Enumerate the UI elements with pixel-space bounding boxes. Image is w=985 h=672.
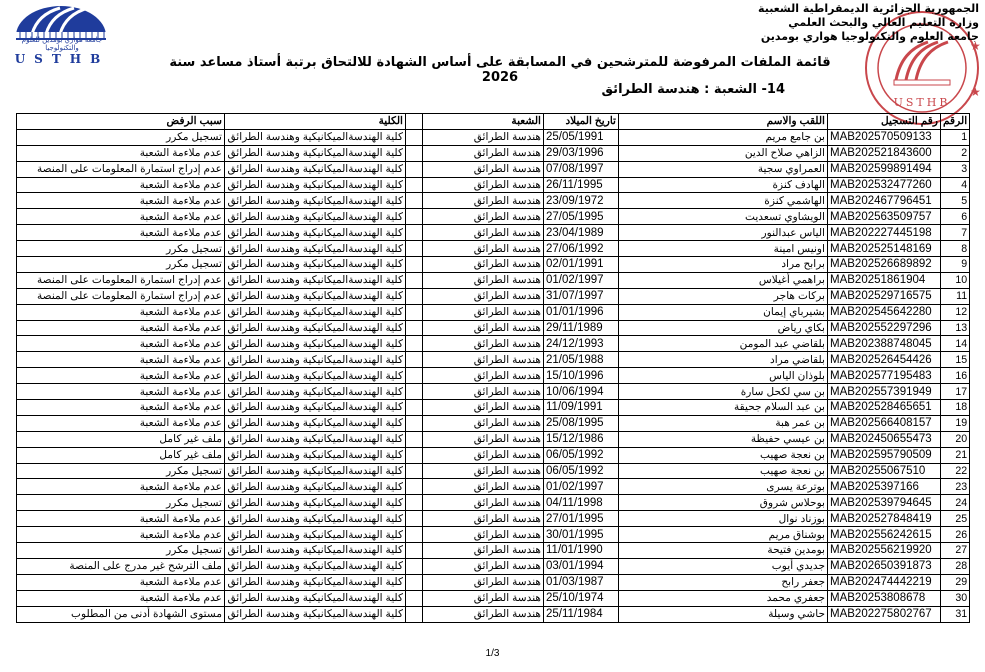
cell-branch: هندسة الطرائق [423,272,544,288]
cell-num: 12 [941,304,970,320]
cell-branch: هندسة الطرائق [423,511,544,527]
cell-faculty: كلية الهندسةالميكانيكية وهندسة الطرائق [225,336,406,352]
cell-reg: MAB202577195483 [828,368,941,384]
cell-blank [406,336,423,352]
cell-reason: عدم ملاءمة الشعبة [17,384,225,400]
cell-faculty: كلية الهندسةالميكانيكية وهندسة الطرائق [225,177,406,193]
cell-name: الياس عبدالنور [619,225,828,241]
cell-faculty: كلية الهندسةالميكانيكية وهندسة الطرائق [225,447,406,463]
cell-name: الهادف كنزة [619,177,828,193]
cell-num: 21 [941,447,970,463]
table-row: 4MAB202532477260الهادف كنزة26/11/1995هند… [17,177,970,193]
cell-name: بلقاضي مراد [619,352,828,368]
cell-branch: هندسة الطرائق [423,304,544,320]
cell-blank [406,590,423,606]
cell-faculty: كلية الهندسةالميكانيكية وهندسة الطرائق [225,400,406,416]
cell-blank [406,225,423,241]
table-row: 5MAB202467796451الهاشمي كنزة23/09/1972هن… [17,193,970,209]
cell-reg: MAB202474442219 [828,574,941,590]
cell-num: 3 [941,161,970,177]
cell-name: بوترعة يسرى [619,479,828,495]
cell-blank [406,241,423,257]
cell-num: 27 [941,543,970,559]
cell-date: 04/11/1998 [544,495,619,511]
cell-date: 25/08/1995 [544,415,619,431]
cell-reg: MAB202528465651 [828,400,941,416]
table-row: 10MAB20251861904براهمي أغيلاس01/02/1997ه… [17,272,970,288]
cell-reason: عدم ملاءمة الشعبة [17,368,225,384]
cell-num: 19 [941,415,970,431]
table-row: 14MAB202388748045بلقاضي عبد المومن24/12/… [17,336,970,352]
table-row: 31MAB202275802767حاشي وسيلة25/11/1984هند… [17,606,970,622]
cell-name: بن عبد السلام جحيقة [619,400,828,416]
cell-date: 26/11/1995 [544,177,619,193]
cell-blank [406,463,423,479]
header-line-ministry: وزارة التعليم العالي والبحث العلمي [758,16,979,30]
table-row: 13MAB202552297296بكاي رياض29/11/1989هندس… [17,320,970,336]
cell-branch: هندسة الطرائق [423,400,544,416]
cell-branch: هندسة الطرائق [423,320,544,336]
cell-reg: MAB202525148169 [828,241,941,257]
cell-faculty: كلية الهندسةالميكانيكية وهندسة الطرائق [225,574,406,590]
cell-name: برابح مراد [619,257,828,273]
table-row: 18MAB202528465651بن عبد السلام جحيقة11/0… [17,400,970,416]
cell-faculty: كلية الهندسةالميكانيكية وهندسة الطرائق [225,257,406,273]
cell-branch: هندسة الطرائق [423,606,544,622]
cell-faculty: كلية الهندسةالميكانيكية وهندسة الطرائق [225,590,406,606]
cell-faculty: كلية الهندسةالميكانيكية وهندسة الطرائق [225,384,406,400]
table-row: 26MAB202556242615بوشناق مريم30/01/1995هن… [17,527,970,543]
cell-date: 10/06/1994 [544,384,619,400]
col-header-blank [406,114,423,130]
cell-blank [406,415,423,431]
cell-branch: هندسة الطرائق [423,352,544,368]
cell-branch: هندسة الطرائق [423,257,544,273]
cell-name: بن نعجة صهيب [619,463,828,479]
cell-reg: MAB202227445198 [828,225,941,241]
cell-branch: هندسة الطرائق [423,368,544,384]
cell-blank [406,447,423,463]
cell-reg: MAB202526454426 [828,352,941,368]
cell-date: 23/04/1989 [544,225,619,241]
cell-name: بلوذان الياس [619,368,828,384]
table-row: 17MAB202557391949بن سي لكحل سارة10/06/19… [17,384,970,400]
cell-faculty: كلية الهندسةالميكانيكية وهندسة الطرائق [225,288,406,304]
cell-branch: هندسة الطرائق [423,574,544,590]
cell-blank [406,400,423,416]
cell-name: جعفري محمد [619,590,828,606]
cell-reason: عدم ملاءمة الشعبة [17,209,225,225]
header-line-republic: الجمهورية الجزائرية الديمقراطية الشعبية [758,2,979,16]
cell-name: بن سي لكحل سارة [619,384,828,400]
cell-blank [406,384,423,400]
cell-blank [406,606,423,622]
cell-reg: MAB202650391873 [828,558,941,574]
table-row: 12MAB202545642280بشيرباي إيمان01/01/1996… [17,304,970,320]
cell-blank [406,558,423,574]
cell-num: 7 [941,225,970,241]
cell-num: 18 [941,400,970,416]
cell-reason: ملف الترشح غير مدرج على المنصة [17,558,225,574]
ministry-header: الجمهورية الجزائرية الديمقراطية الشعبية … [758,2,979,44]
table-row: 28MAB202650391873جديدي أيوب03/01/1994هند… [17,558,970,574]
cell-branch: هندسة الطرائق [423,495,544,511]
cell-name: بشيرباي إيمان [619,304,828,320]
cell-num: 16 [941,368,970,384]
cell-num: 22 [941,463,970,479]
cell-reason: تسجيل مكرر [17,241,225,257]
cell-name: الزاهي صلاح الدين [619,145,828,161]
cell-num: 1 [941,129,970,145]
cell-reason: عدم إدراج استمارة المعلومات على المنصة [17,272,225,288]
cell-faculty: كلية الهندسةالميكانيكية وهندسة الطرائق [225,225,406,241]
cell-date: 24/12/1993 [544,336,619,352]
cell-num: 5 [941,193,970,209]
cell-blank [406,288,423,304]
cell-num: 24 [941,495,970,511]
cell-branch: هندسة الطرائق [423,415,544,431]
cell-date: 01/03/1987 [544,574,619,590]
cell-date: 27/06/1992 [544,241,619,257]
cell-reg: MAB202545642280 [828,304,941,320]
col-header-reg: رقم التسجيل [828,114,941,130]
cell-reg: MAB202563509757 [828,209,941,225]
cell-name: الهاشمي كنزة [619,193,828,209]
cell-date: 23/09/1972 [544,193,619,209]
cell-faculty: كلية الهندسةالميكانيكية وهندسة الطرائق [225,320,406,336]
col-header-branch: الشعبة [423,114,544,130]
cell-blank [406,161,423,177]
cell-name: بومدين فتيحة [619,543,828,559]
cell-faculty: كلية الهندسةالميكانيكية وهندسة الطرائق [225,304,406,320]
cell-date: 07/08/1997 [544,161,619,177]
cell-date: 01/01/1996 [544,304,619,320]
cell-num: 28 [941,558,970,574]
cell-blank [406,177,423,193]
cell-faculty: كلية الهندسةالميكانيكية وهندسة الطرائق [225,511,406,527]
cell-reg: MAB202532477260 [828,177,941,193]
cell-name: بن عمر هبة [619,415,828,431]
cell-name: بوشناق مريم [619,527,828,543]
cell-branch: هندسة الطرائق [423,177,544,193]
table-row: 24MAB202539794645بوحلاس شروق04/11/1998هن… [17,495,970,511]
cell-num: 17 [941,384,970,400]
cell-blank [406,272,423,288]
cell-num: 10 [941,272,970,288]
cell-branch: هندسة الطرائق [423,463,544,479]
cell-reason: عدم إدراج استمارة المعلومات على المنصة [17,161,225,177]
cell-reason: عدم ملاءمة الشعبة [17,145,225,161]
table-row: 1MAB202570509133بن جامع مريم25/05/1991هن… [17,129,970,145]
cell-blank [406,495,423,511]
cell-reg: MAB202450655473 [828,431,941,447]
cell-num: 26 [941,527,970,543]
cell-faculty: كلية الهندسةالميكانيكية وهندسة الطرائق [225,543,406,559]
cell-branch: هندسة الطرائق [423,479,544,495]
cell-reason: عدم ملاءمة الشعبة [17,304,225,320]
header-line-university: جامعة العلوم والتكنولوجيا هواري بومدين [758,30,979,44]
cell-blank [406,129,423,145]
cell-name: جديدي أيوب [619,558,828,574]
cell-blank [406,257,423,273]
cell-blank [406,431,423,447]
cell-reg: MAB202467796451 [828,193,941,209]
cell-branch: هندسة الطرائق [423,543,544,559]
cell-reg: MAB202556242615 [828,527,941,543]
table-row: 23MAB2025397166بوترعة يسرى01/02/1997هندس… [17,479,970,495]
table-row: 20MAB202450655473بن عيسي حفيظة15/12/1986… [17,431,970,447]
cell-branch: هندسة الطرائق [423,590,544,606]
cell-blank [406,304,423,320]
table-header-row: الرقم رقم التسجيل اللقب والاسم تاريخ الم… [17,114,970,130]
cell-faculty: كلية الهندسةالميكانيكية وهندسة الطرائق [225,352,406,368]
cell-reason: عدم ملاءمة الشعبة [17,574,225,590]
cell-reason: تسجيل مكرر [17,463,225,479]
cell-branch: هندسة الطرائق [423,384,544,400]
page-number: 1/3 [0,648,985,659]
cell-reason: عدم ملاءمة الشعبة [17,177,225,193]
cell-date: 15/10/1996 [544,368,619,384]
cell-date: 01/02/1997 [544,272,619,288]
cell-faculty: كلية الهندسةالميكانيكية وهندسة الطرائق [225,193,406,209]
cell-name: الويشاوي تسعديت [619,209,828,225]
cell-branch: هندسة الطرائق [423,241,544,257]
col-header-name: اللقب والاسم [619,114,828,130]
cell-blank [406,527,423,543]
table-row: 19MAB202566408157بن عمر هبة25/08/1995هند… [17,415,970,431]
cell-date: 06/05/1992 [544,463,619,479]
cell-name: بن نعجة صهيب [619,447,828,463]
cell-date: 29/11/1989 [544,320,619,336]
col-header-num: الرقم [941,114,970,130]
cell-date: 06/05/1992 [544,447,619,463]
university-logo: جامعة هواري بومدين للعلوم والتكنولوجيا U… [2,2,120,66]
cell-date: 29/03/1996 [544,145,619,161]
table-row: 21MAB202595790509بن نعجة صهيب06/05/1992ه… [17,447,970,463]
cell-date: 25/10/1974 [544,590,619,606]
cell-date: 31/07/1997 [544,288,619,304]
cell-reg: MAB202599891494 [828,161,941,177]
cell-reg: MAB202570509133 [828,129,941,145]
cell-branch: هندسة الطرائق [423,288,544,304]
table-row: 29MAB202474442219جعفر رابح01/03/1987هندس… [17,574,970,590]
cell-date: 27/05/1995 [544,209,619,225]
cell-reason: عدم ملاءمة الشعبة [17,352,225,368]
cell-reg: MAB20255067510 [828,463,941,479]
cell-reason: عدم ملاءمة الشعبة [17,193,225,209]
table-row: 8MAB202525148169اونيس امينة27/06/1992هند… [17,241,970,257]
cell-faculty: كلية الهندسةالميكانيكية وهندسة الطرائق [225,606,406,622]
cell-reg: MAB202275802767 [828,606,941,622]
cell-faculty: كلية الهندسةالميكانيكية وهندسة الطرائق [225,145,406,161]
cell-reg: MAB202566408157 [828,415,941,431]
cell-num: 15 [941,352,970,368]
cell-reason: عدم ملاءمة الشعبة [17,511,225,527]
table-row: 16MAB202577195483بلوذان الياس15/10/1996ه… [17,368,970,384]
rejected-files-table: الرقم رقم التسجيل اللقب والاسم تاريخ الم… [16,113,970,623]
cell-faculty: كلية الهندسةالميكانيكية وهندسة الطرائق [225,415,406,431]
cell-faculty: كلية الهندسةالميكانيكية وهندسة الطرائق [225,431,406,447]
cell-branch: هندسة الطرائق [423,209,544,225]
cell-name: بكاي رياض [619,320,828,336]
cell-reason: عدم ملاءمة الشعبة [17,225,225,241]
table-row: 25MAB202527848419بوزناد نوال27/01/1995هن… [17,511,970,527]
cell-reg: MAB202595790509 [828,447,941,463]
cell-date: 27/01/1995 [544,511,619,527]
cell-name: بركات هاجر [619,288,828,304]
cell-blank [406,368,423,384]
cell-num: 20 [941,431,970,447]
table-row: 30MAB20253808678جعفري محمد25/10/1974هندس… [17,590,970,606]
page-title: قائمة الملفات المرفوضة للمترشحين في المس… [150,55,850,85]
table-row: 3MAB202599891494العمراوي سجية07/08/1997ه… [17,161,970,177]
cell-num: 2 [941,145,970,161]
cell-reason: تسجيل مكرر [17,543,225,559]
cell-date: 21/05/1988 [544,352,619,368]
cell-name: اونيس امينة [619,241,828,257]
cell-branch: هندسة الطرائق [423,527,544,543]
cell-faculty: كلية الهندسةالميكانيكية وهندسة الطرائق [225,527,406,543]
cell-num: 29 [941,574,970,590]
branch-subtitle: 14- الشعبة : هندسة الطرائق [601,82,785,97]
cell-date: 15/12/1986 [544,431,619,447]
cell-reason: عدم ملاءمة الشعبة [17,479,225,495]
cell-reg: MAB202552297296 [828,320,941,336]
cell-branch: هندسة الطرائق [423,145,544,161]
cell-name: حاشي وسيلة [619,606,828,622]
cell-date: 02/01/1991 [544,257,619,273]
cell-reason: ملف غير كامل [17,431,225,447]
cell-blank [406,145,423,161]
cell-faculty: كلية الهندسةالميكانيكية وهندسة الطرائق [225,463,406,479]
cell-name: بن جامع مريم [619,129,828,145]
cell-num: 25 [941,511,970,527]
cell-num: 6 [941,209,970,225]
cell-date: 11/09/1991 [544,400,619,416]
col-header-date: تاريخ الميلاد [544,114,619,130]
cell-blank [406,543,423,559]
cell-num: 4 [941,177,970,193]
table-row: 7MAB202227445198الياس عبدالنور23/04/1989… [17,225,970,241]
cell-date: 30/01/1995 [544,527,619,543]
cell-reason: تسجيل مكرر [17,495,225,511]
cell-reg: MAB202527848419 [828,511,941,527]
cell-reason: عدم ملاءمة الشعبة [17,527,225,543]
cell-name: العمراوي سجية [619,161,828,177]
cell-reg: MAB202388748045 [828,336,941,352]
cell-faculty: كلية الهندسةالميكانيكية وهندسة الطرائق [225,209,406,225]
cell-faculty: كلية الهندسةالميكانيكية وهندسة الطرائق [225,129,406,145]
cell-date: 25/05/1991 [544,129,619,145]
table-row: 11MAB202529716575بركات هاجر31/07/1997هند… [17,288,970,304]
cell-num: 9 [941,257,970,273]
cell-date: 11/01/1990 [544,543,619,559]
cell-reason: مستوى الشهادة أدنى من المطلوب [17,606,225,622]
table-row: 2MAB202521843600الزاهي صلاح الدين29/03/1… [17,145,970,161]
table-row: 27MAB202556219920بومدين فتيحة11/01/1990ه… [17,543,970,559]
svg-text:USTHB: USTHB [894,96,951,109]
cell-branch: هندسة الطرائق [423,558,544,574]
table-row: 15MAB202526454426بلقاضي مراد21/05/1988هن… [17,352,970,368]
cell-num: 30 [941,590,970,606]
col-header-reason: سبب الرفض [17,114,225,130]
table-row: 22MAB20255067510بن نعجة صهيب06/05/1992هن… [17,463,970,479]
cell-reason: تسجيل مكرر [17,257,225,273]
cell-branch: هندسة الطرائق [423,336,544,352]
col-header-faculty: الكلية [225,114,406,130]
cell-branch: هندسة الطرائق [423,225,544,241]
cell-faculty: كلية الهندسةالميكانيكية وهندسة الطرائق [225,479,406,495]
cell-date: 01/02/1997 [544,479,619,495]
cell-branch: هندسة الطرائق [423,129,544,145]
cell-num: 23 [941,479,970,495]
cell-branch: هندسة الطرائق [423,431,544,447]
cell-name: بن عيسي حفيظة [619,431,828,447]
cell-blank [406,193,423,209]
cell-reason: عدم ملاءمة الشعبة [17,336,225,352]
cell-faculty: كلية الهندسةالميكانيكية وهندسة الطرائق [225,558,406,574]
svg-text:★: ★ [970,85,980,99]
cell-faculty: كلية الهندسةالميكانيكية وهندسة الطرائق [225,241,406,257]
cell-branch: هندسة الطرائق [423,193,544,209]
cell-reason: ملف غير كامل [17,447,225,463]
cell-reg: MAB202556219920 [828,543,941,559]
cell-branch: هندسة الطرائق [423,447,544,463]
cell-num: 14 [941,336,970,352]
cell-num: 8 [941,241,970,257]
cell-reason: عدم إدراج استمارة المعلومات على المنصة [17,288,225,304]
cell-blank [406,511,423,527]
cell-reg: MAB202521843600 [828,145,941,161]
cell-reg: MAB202557391949 [828,384,941,400]
cell-reason: عدم ملاءمة الشعبة [17,415,225,431]
cell-faculty: كلية الهندسةالميكانيكية وهندسة الطرائق [225,272,406,288]
cell-num: 31 [941,606,970,622]
cell-name: بلقاضي عبد المومن [619,336,828,352]
cell-faculty: كلية الهندسةالميكانيكية وهندسة الطرائق [225,161,406,177]
cell-name: بوحلاس شروق [619,495,828,511]
cell-blank [406,320,423,336]
cell-num: 11 [941,288,970,304]
cell-reason: عدم ملاءمة الشعبة [17,590,225,606]
cell-reg: MAB20253808678 [828,590,941,606]
cell-reg: MAB202539794645 [828,495,941,511]
logo-abbreviation: USTHB [6,52,118,66]
logo-arabic-text: جامعة هواري بومدين للعلوم والتكنولوجيا [6,36,118,52]
cell-faculty: كلية الهندسةالميكانيكية وهندسة الطرائق [225,368,406,384]
cell-blank [406,209,423,225]
cell-name: براهمي أغيلاس [619,272,828,288]
cell-reg: MAB2025397166 [828,479,941,495]
cell-reg: MAB202526689892 [828,257,941,273]
cell-reason: عدم ملاءمة الشعبة [17,400,225,416]
cell-blank [406,352,423,368]
table-row: 6MAB202563509757الويشاوي تسعديت27/05/199… [17,209,970,225]
cell-reg: MAB20251861904 [828,272,941,288]
table-row: 9MAB202526689892برابح مراد02/01/1991هندس… [17,257,970,273]
cell-reg: MAB202529716575 [828,288,941,304]
cell-num: 13 [941,320,970,336]
cell-reason: عدم ملاءمة الشعبة [17,320,225,336]
cell-blank [406,479,423,495]
cell-date: 25/11/1984 [544,606,619,622]
cell-reason: تسجيل مكرر [17,129,225,145]
cell-faculty: كلية الهندسةالميكانيكية وهندسة الطرائق [225,495,406,511]
cell-branch: هندسة الطرائق [423,161,544,177]
cell-name: جعفر رابح [619,574,828,590]
cell-date: 03/01/1994 [544,558,619,574]
cell-blank [406,574,423,590]
